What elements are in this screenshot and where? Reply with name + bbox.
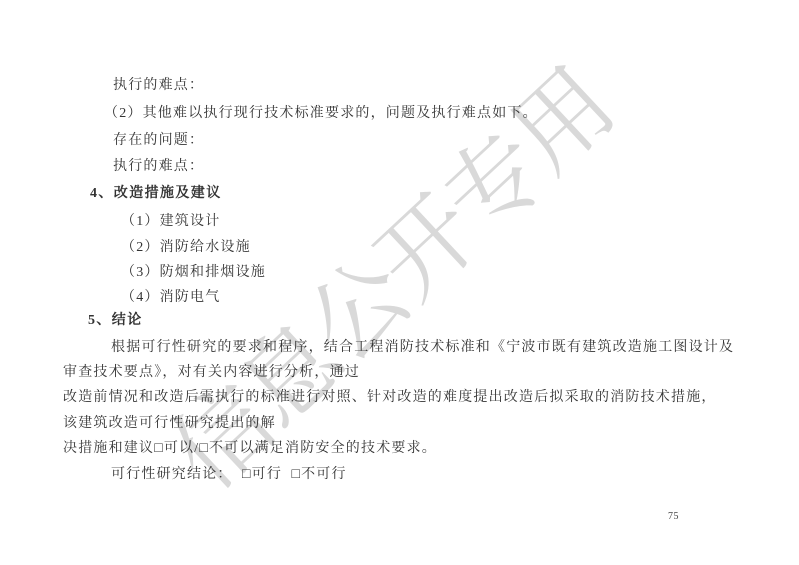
heading-section-5: 5、结论 [88,312,143,330]
line-difficulty-2: 执行的难点： [113,158,204,176]
heading-section-4: 4、改造措施及建议 [90,185,222,203]
line-difficulty-1: 执行的难点： [113,77,204,95]
para-conclusion-4: 该建筑改造可行性研究提出的解 [63,415,276,433]
para-conclusion-2: 审查技术要点》，对有关内容进行分析，通过 [63,364,360,382]
line-existing-problems: 存在的问题： [113,132,204,150]
item-building-design: （1）建筑设计 [121,213,220,231]
document-page: 信息公开专用 执行的难点： （2）其他难以执行现行技术标准要求的，问题及执行难点… [0,0,799,565]
para-conclusion-1: 根据可行性研究的要求和程序，结合工程消防技术标准和《宁波市既有建筑改造施工图设计… [111,339,734,357]
para-conclusion-3: 改造前情况和改造后需执行的标准进行对照、针对改造的难度提出改造后拟采取的消防技术… [63,389,717,407]
para-conclusion-5: 决措施和建议□可以/□不可以满足消防安全的技术要求。 [63,440,437,458]
item-fire-electrical: （4）消防电气 [121,289,220,307]
line-feasibility-conclusion: 可行性研究结论： □可行 □不可行 [111,466,347,484]
page-number: 75 [668,511,679,522]
item-smoke-control: （3）防烟和排烟设施 [121,264,266,282]
item-fire-water-supply: （2）消防给水设施 [121,239,251,257]
line-other-difficulties: （2）其他难以执行现行技术标准要求的，问题及执行难点如下。 [104,105,538,123]
